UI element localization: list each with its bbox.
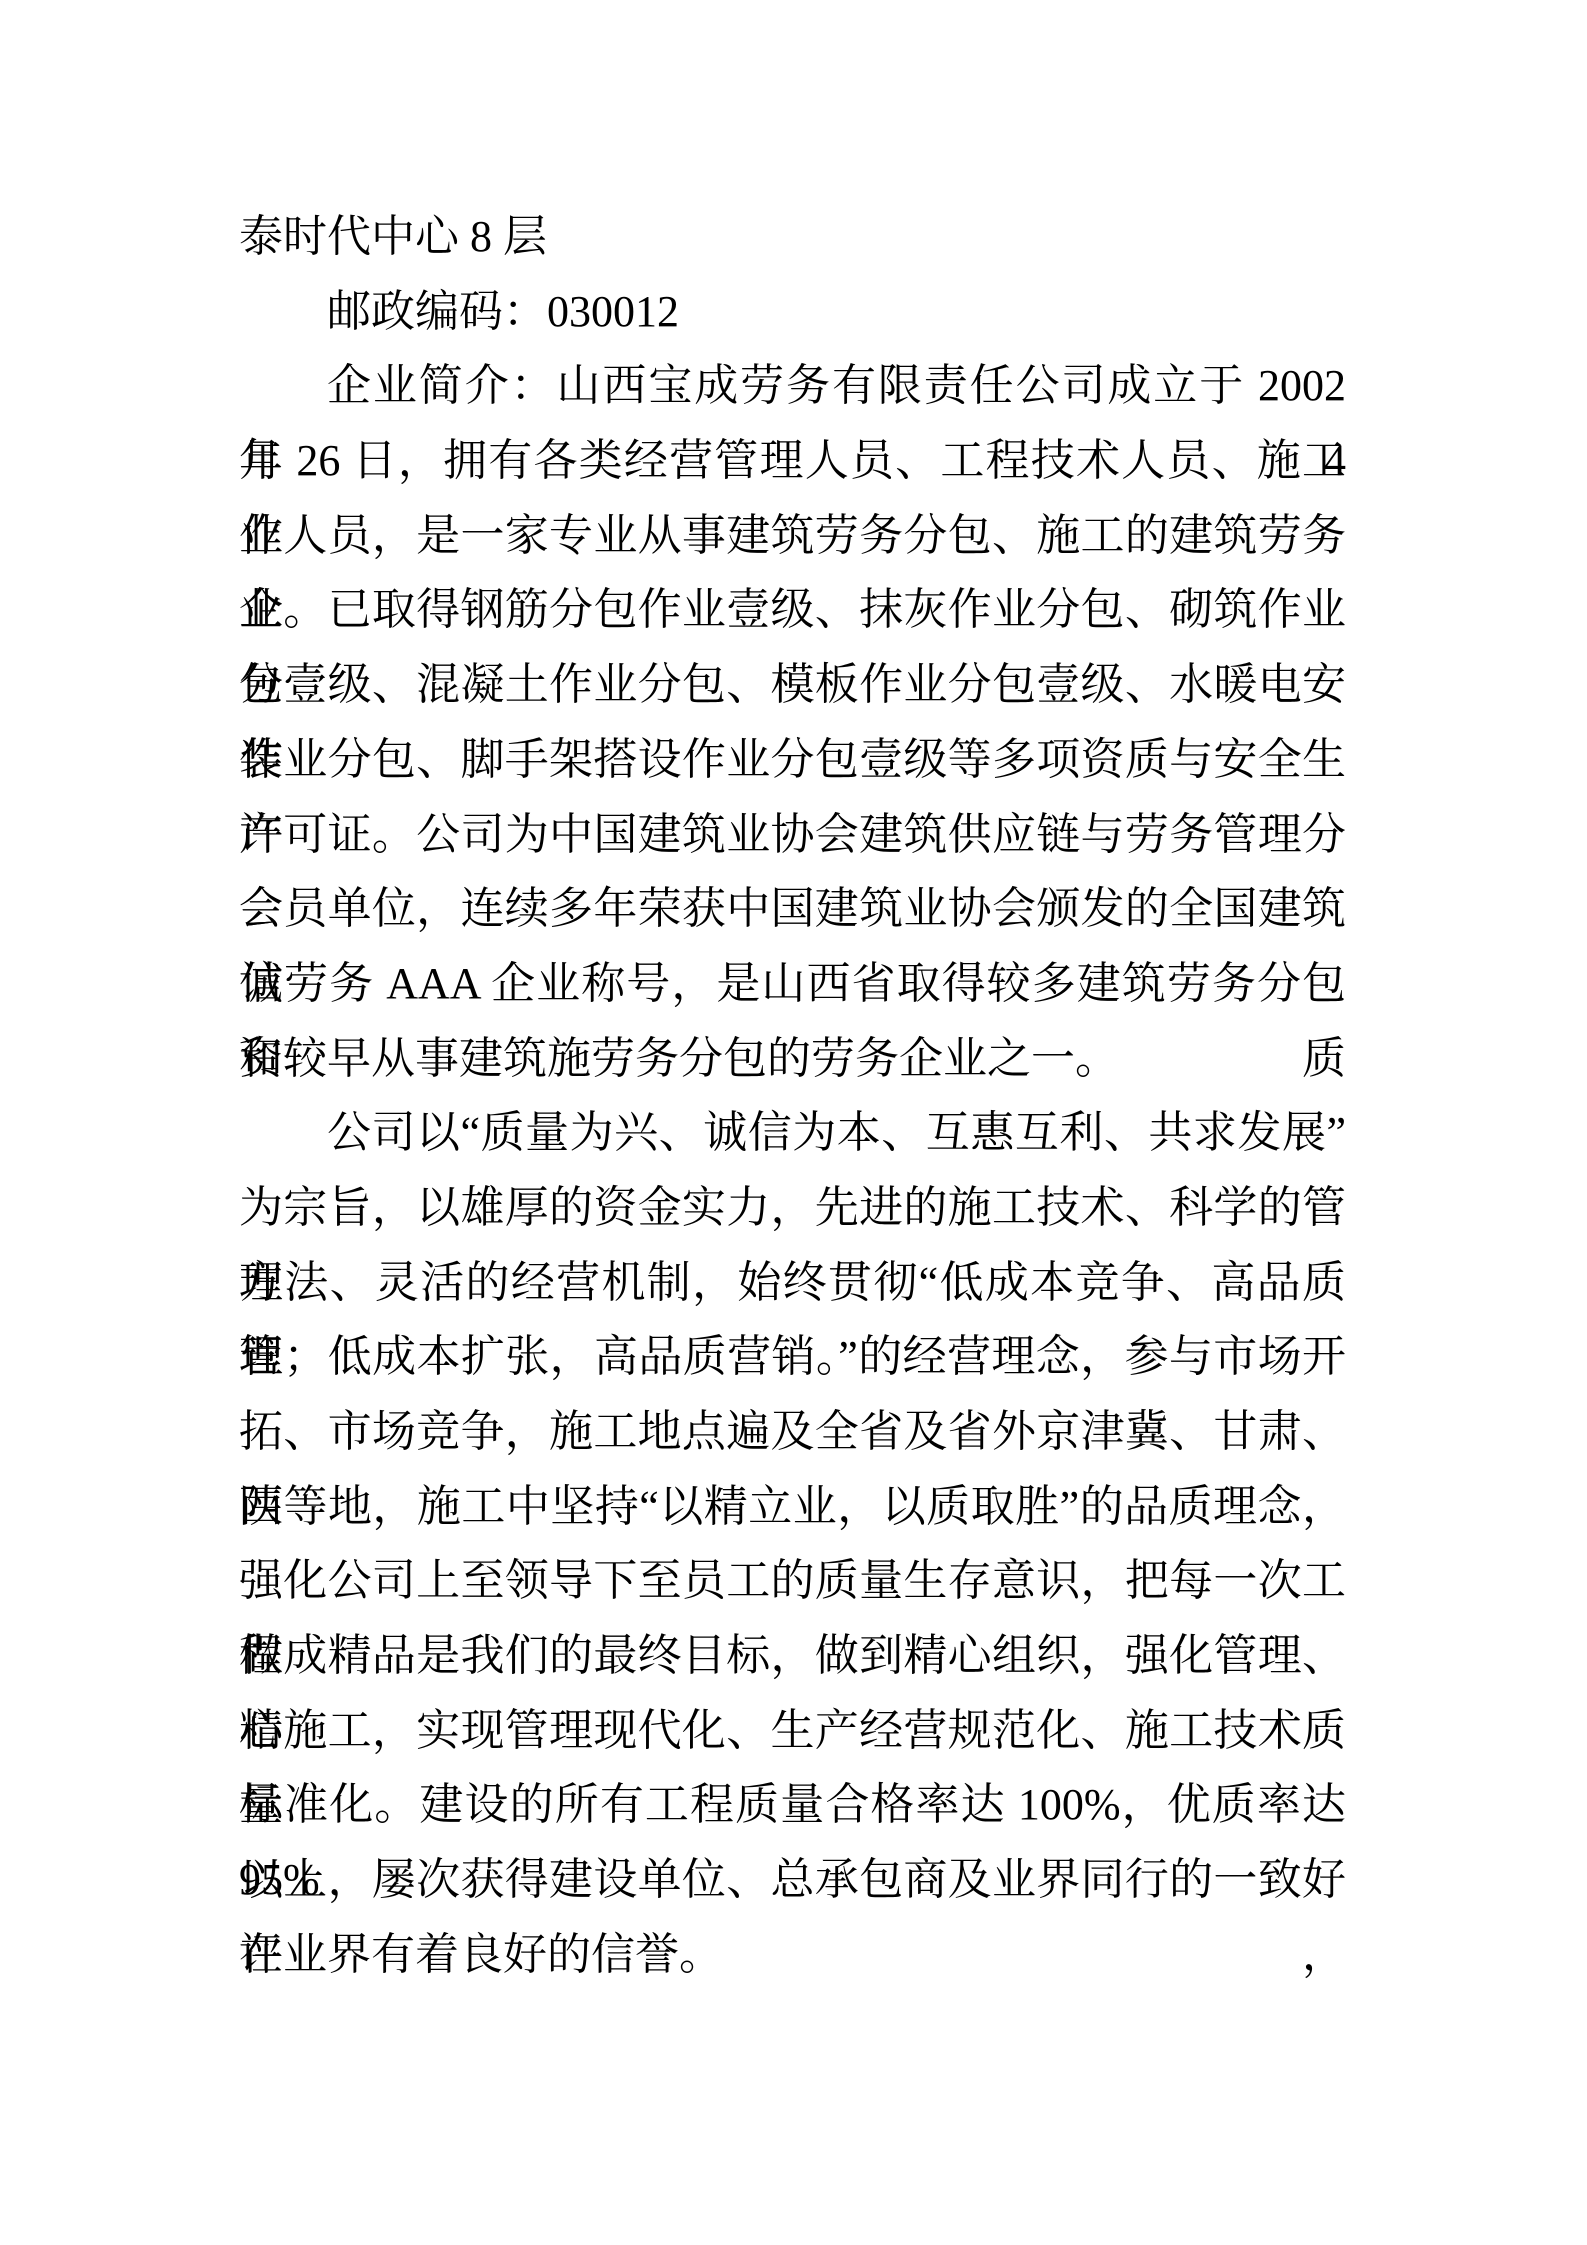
text-line: 包壹级、混凝土作业分包、模板作业分包壹级、水暖电安装 xyxy=(239,648,1346,723)
text-line: 西等地，施工中坚持“以精立业，以质取胜”的品质理念， xyxy=(239,1470,1346,1545)
text-line: 强化公司上至领导下至员工的质量生存意识，把每一次工程 xyxy=(239,1544,1346,1619)
text-line: 方法、灵活的经营机制，始终贯彻“低成本竞争、高品质管 xyxy=(239,1246,1346,1321)
text-line: 信劳务 AAA 企业称号，是山西省取得较多建筑劳务分包资质 xyxy=(239,947,1346,1022)
text-line: 作业分包、脚手架搭设作业分包壹级等多项资质与安全生产 xyxy=(239,723,1346,798)
text-line: 泰时代中心 8 层 xyxy=(239,200,1346,275)
text-line: 为宗旨，以雄厚的资金实力，先进的施工技术、科学的管理 xyxy=(239,1171,1346,1246)
text-line: 月 26 日，拥有各类经营管理人员、工程技术人员、施工作 xyxy=(239,424,1346,499)
text-line: 标准化。建设的所有工程质量合格率达 100%，优质率达 95% xyxy=(239,1768,1346,1843)
text-line: 业。已取得钢筋分包作业壹级、抹灰作业分包、砌筑作业分 xyxy=(239,573,1346,648)
text-line: 理；低成本扩张，高品质营销。”的经营理念，参与市场开 xyxy=(239,1320,1346,1395)
text-line: 许可证。公司为中国建筑业协会建筑供应链与劳务管理分会 xyxy=(239,798,1346,873)
text-block: 泰时代中心 8 层 邮政编码：030012 企业简介：山西宝成劳务有限责任公司成… xyxy=(239,200,1346,1993)
text-line: 会员单位，连续多年荣获中国建筑业协会颁发的全国建筑诚 xyxy=(239,872,1346,947)
text-line: 邮政编码：030012 xyxy=(239,275,1346,350)
text-line: 以上，屡次获得建设单位、总承包商及业界同行的一致好评， xyxy=(239,1843,1346,1918)
text-line: 心施工，实现管理现代化、生产经营规范化、施工技术质量 xyxy=(239,1694,1346,1769)
text-line: 做成精品是我们的最终目标，做到精心组织，强化管理、精 xyxy=(239,1619,1346,1694)
text-line: 业人员，是一家专业从事建筑劳务分包、施工的建筑劳务企 xyxy=(239,499,1346,574)
text-line: 企业简介：山西宝成劳务有限责任公司成立于 2002 年 4 xyxy=(239,349,1346,424)
document-page: 泰时代中心 8 层 邮政编码：030012 企业简介：山西宝成劳务有限责任公司成… xyxy=(0,0,1587,2245)
text-line: 拓、市场竞争，施工地点遍及全省及省外京津冀、甘肃、陕 xyxy=(239,1395,1346,1470)
text-line: 公司以“质量为兴、诚信为本、互惠互利、共求发展” xyxy=(239,1096,1346,1171)
